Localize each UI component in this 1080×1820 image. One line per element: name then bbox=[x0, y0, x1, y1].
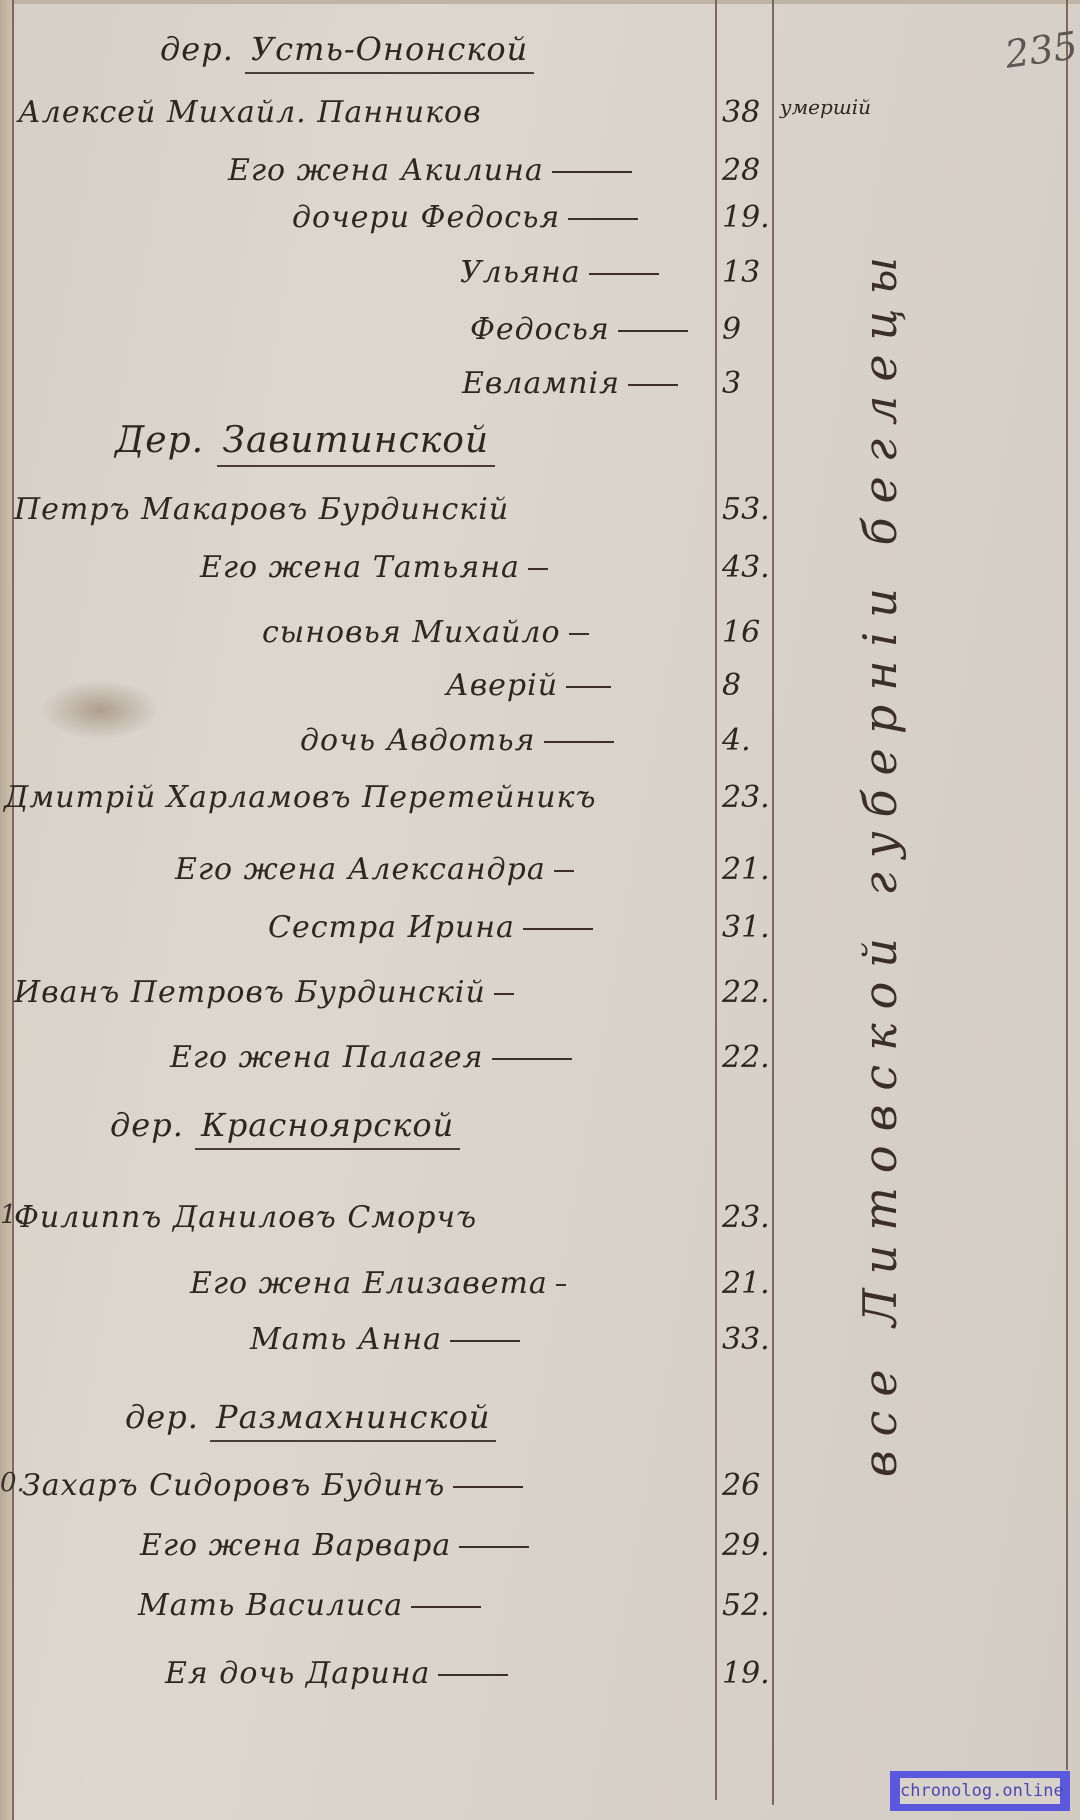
dash-line bbox=[411, 1606, 481, 1608]
entry-age: 8 bbox=[722, 668, 772, 703]
entry-name: дочь Авдотья bbox=[300, 723, 614, 758]
entry-age: 29. bbox=[722, 1528, 772, 1563]
village-name: Размахнинской bbox=[210, 1398, 496, 1442]
dash-line bbox=[554, 870, 574, 872]
dash-line bbox=[628, 384, 678, 386]
entry-name: Филиппъ Даниловъ Сморчъ bbox=[14, 1200, 477, 1235]
entry-name: Ульяна bbox=[460, 255, 659, 290]
entry-age: 22. bbox=[722, 975, 772, 1010]
dash-line bbox=[618, 330, 688, 332]
entry-age: 16 bbox=[722, 615, 772, 650]
dash-line bbox=[453, 1486, 523, 1488]
entry-name: Ея дочь Дарина bbox=[165, 1656, 508, 1691]
entry-age: 9 bbox=[722, 312, 772, 347]
entry-age: 28 bbox=[722, 153, 772, 188]
page-number: 235 bbox=[1002, 23, 1080, 77]
village-heading-ust-ononskaya: дер. Усть-Ононской bbox=[160, 30, 534, 68]
page-top-edge bbox=[0, 0, 1080, 4]
vertical-margin-note: все Литовской губерніи беглецы bbox=[840, 40, 920, 1680]
entry-age: 23. bbox=[722, 780, 772, 815]
entry-age: 23. bbox=[722, 1200, 772, 1235]
entry-name: сыновья Михайло bbox=[262, 615, 589, 650]
entry-name: Алексей Михайл. Панников bbox=[18, 95, 482, 130]
entry-name: Его жена Варвара bbox=[140, 1528, 529, 1563]
village-prefix: Дер. bbox=[115, 420, 204, 461]
dash-line bbox=[523, 928, 593, 930]
left-margin-line bbox=[12, 0, 14, 1820]
dash-line bbox=[438, 1674, 508, 1676]
entry-name: Его жена Татьяна bbox=[200, 550, 548, 585]
dash-line bbox=[494, 993, 514, 995]
entry-age: 3 bbox=[722, 366, 772, 401]
entry-name: Евлампія bbox=[462, 366, 678, 401]
entry-name: Аверій bbox=[446, 668, 611, 703]
entry-name: Сестра Ирина bbox=[268, 910, 593, 945]
entry-age: 31. bbox=[722, 910, 772, 945]
village-heading-krasnoyarskaya: дер. Красноярской bbox=[110, 1106, 460, 1144]
entry-name: Петръ Макаровъ Бурдинскій bbox=[14, 492, 509, 527]
dash-line bbox=[566, 686, 611, 688]
register-page: 235 дер. Усть-Ононской Алексей Михайл. П… bbox=[0, 0, 1080, 1820]
age-column-right-line bbox=[772, 0, 774, 1805]
entry-age: 33. bbox=[722, 1322, 772, 1357]
entry-age: 4. bbox=[722, 723, 772, 758]
village-name: Красноярской bbox=[195, 1106, 460, 1150]
age-column-left-line bbox=[715, 0, 717, 1800]
entry-age: 21. bbox=[722, 1266, 772, 1301]
entry-name: Мать Анна bbox=[250, 1322, 520, 1357]
entry-name: Его жена Акилина bbox=[228, 153, 632, 188]
entry-age: 43. bbox=[722, 550, 772, 585]
page-binding bbox=[0, 0, 12, 1820]
village-prefix: дер. bbox=[125, 1398, 199, 1436]
entry-age: 22. bbox=[722, 1040, 772, 1075]
entry-name: Его жена Елизавета bbox=[190, 1266, 566, 1301]
entry-name: Его жена Александра bbox=[175, 852, 574, 887]
entry-name: дочери Федосья bbox=[292, 200, 638, 235]
village-prefix: дер. bbox=[110, 1106, 184, 1144]
entry-age: 52. bbox=[722, 1588, 772, 1623]
dash-line bbox=[552, 171, 632, 173]
village-heading-razmakhninskaya: дер. Размахнинской bbox=[125, 1398, 496, 1436]
entry-age: 21. bbox=[722, 852, 772, 887]
entry-age: 26 bbox=[722, 1468, 772, 1503]
dash-line bbox=[492, 1058, 572, 1060]
ink-stain bbox=[40, 680, 160, 740]
right-margin-line bbox=[1066, 0, 1068, 1770]
village-prefix: дер. bbox=[160, 30, 234, 68]
entry-age: 53. bbox=[722, 492, 772, 527]
village-name: Усть-Ононской bbox=[245, 30, 534, 74]
dash-line bbox=[556, 1284, 566, 1286]
entry-age: 19. bbox=[722, 200, 772, 235]
entry-age: 19. bbox=[722, 1656, 772, 1691]
entry-age: 38 bbox=[722, 95, 772, 130]
entry-age: 13 bbox=[722, 255, 772, 290]
entry-name: Захаръ Сидоровъ Будинъ bbox=[22, 1468, 523, 1503]
entry-name: Федосья bbox=[470, 312, 688, 347]
entry-name: Мать Василиса bbox=[138, 1588, 481, 1623]
dash-line bbox=[544, 741, 614, 743]
entry-name: Его жена Палагея bbox=[170, 1040, 572, 1075]
village-name: Завитинской bbox=[217, 420, 496, 467]
entry-name: Дмитрій Харламовъ Перетейникъ bbox=[4, 780, 596, 815]
watermark-badge: chronolog.online bbox=[890, 1771, 1070, 1811]
dash-line bbox=[569, 633, 589, 635]
dash-line bbox=[450, 1340, 520, 1342]
dash-line bbox=[589, 273, 659, 275]
village-heading-zavitinskaya: Дер. Завитинской bbox=[115, 420, 495, 461]
dash-line bbox=[459, 1546, 529, 1548]
dash-line bbox=[568, 218, 638, 220]
entry-name: Иванъ Петровъ Бурдинскій bbox=[14, 975, 514, 1010]
dash-line bbox=[528, 568, 548, 570]
watermark-text: chronolog.online bbox=[900, 1778, 1060, 1804]
